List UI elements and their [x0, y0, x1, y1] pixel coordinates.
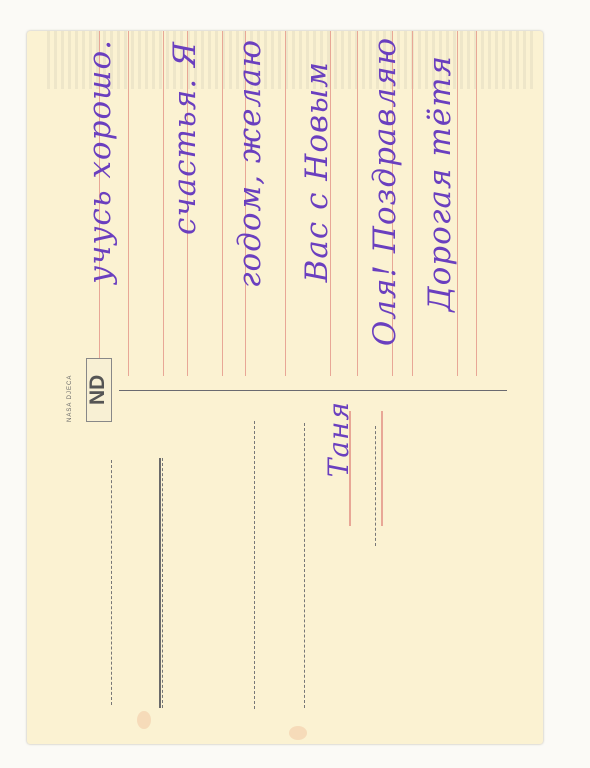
postcard-back: Дорогая тётя Оля! Поздравляю Вас с Новым…	[27, 31, 543, 744]
message-line-1: Дорогая тётя	[422, 55, 458, 312]
divider-line	[119, 390, 507, 391]
signature-rule-2	[381, 411, 383, 526]
signature-dotted-line	[375, 426, 376, 546]
address-line-2	[159, 458, 161, 708]
logo-subtitle: NAŠA DJECA	[66, 360, 74, 422]
message-line-5: счастья. Я	[167, 41, 203, 235]
address-line-4	[304, 423, 305, 708]
message-line-4: годом, желаю	[232, 39, 268, 288]
publisher-logo: ND NAŠA DJECA	[60, 358, 114, 426]
address-line-2-dots	[162, 458, 163, 708]
message-line-3: Вас с Новым	[299, 61, 335, 282]
message-line-6: учусь хорошо.	[82, 39, 118, 284]
address-line-3	[254, 421, 255, 709]
address-line-1	[111, 460, 112, 705]
signature-rule	[349, 411, 351, 526]
logo-letters: ND	[86, 362, 110, 418]
message-line-2: Оля! Поздравляю	[367, 37, 403, 346]
